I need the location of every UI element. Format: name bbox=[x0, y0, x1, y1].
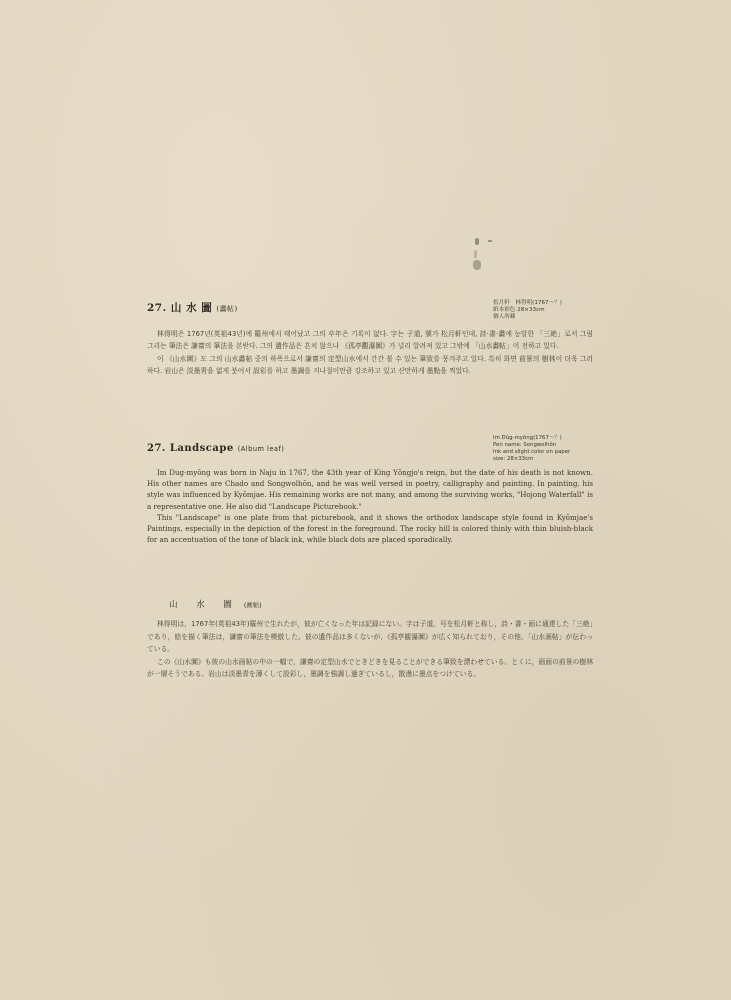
japanese-subtitle: (画帖) bbox=[244, 601, 262, 609]
japanese-title-text: 山 水 圖 bbox=[169, 600, 240, 610]
korean-section: 27. 山 水 圖(畵帖) 松月軒 林得明(1767～？) 紙本彩色 28×33… bbox=[147, 300, 593, 378]
japanese-paragraph: 林得明は，1767年(英祖43年)羅州で生れたが，彼が亡くなった年は記録にない。… bbox=[147, 618, 593, 656]
korean-paragraph: 이 《山水圖》도 그의 山水畵帖 중의 하폭으로서 謙齋의 定型山水에서 간간 … bbox=[147, 353, 593, 378]
korean-body: 林得明은 1767년(英祖43년)에 羅州에서 태어났고 그의 卒年은 기록이 … bbox=[147, 328, 593, 378]
japanese-paragraph: この《山水圖》も彼の山水画帖の中の一幅で，謙齋の定型山水でときどきを見ることがで… bbox=[147, 656, 593, 681]
english-paragraph: Im Dug-myŏng was born in Naju in 1767, t… bbox=[147, 467, 593, 512]
japanese-section: 山 水 圖(画帖) 林得明は，1767年(英祖43年)羅州で生れたが，彼が亡くな… bbox=[147, 598, 593, 681]
english-title-text: 27. Landscape bbox=[147, 443, 234, 454]
korean-artwork-meta: 松月軒 林得明(1767～？) 紙本彩色 28×33cm 個人所藏 bbox=[493, 300, 603, 322]
english-meta-medium: Ink and slight color on paper bbox=[493, 449, 605, 456]
english-body: Im Dug-myŏng was born in Naju in 1767, t… bbox=[147, 467, 593, 545]
korean-subtitle: (畵帖) bbox=[216, 305, 237, 313]
scanned-book-page: 27. 山 水 圖(畵帖) 松月軒 林得明(1767～？) 紙本彩色 28×33… bbox=[0, 0, 731, 1000]
english-meta-size: size: 28×33cm bbox=[493, 456, 605, 463]
english-section: 27. Landscape(Album leaf) Im Dŭg-myŏng(1… bbox=[147, 435, 593, 545]
english-paragraph: This "Landscape" is one plate from that … bbox=[147, 512, 593, 546]
japanese-body: 林得明は，1767年(英祖43年)羅州で生れたが，彼が亡くなった年は記録にない。… bbox=[147, 618, 593, 681]
english-meta-pen-name: Pen name: Songwolhŏn bbox=[493, 442, 605, 449]
ink-smudge bbox=[470, 238, 484, 274]
korean-title-text: 27. 山 水 圖 bbox=[147, 302, 212, 314]
japanese-title: 山 水 圖(画帖) bbox=[169, 598, 593, 610]
korean-paragraph: 林得明은 1767년(英祖43년)에 羅州에서 태어났고 그의 卒年은 기록이 … bbox=[147, 328, 593, 353]
english-meta-artist: Im Dŭg-myŏng(1767～？) bbox=[493, 435, 605, 442]
english-artwork-meta: Im Dŭg-myŏng(1767～？) Pen name: Songwolhŏ… bbox=[493, 435, 605, 463]
korean-meta-collection: 個人所藏 bbox=[493, 314, 603, 321]
english-subtitle: (Album leaf) bbox=[238, 445, 285, 453]
